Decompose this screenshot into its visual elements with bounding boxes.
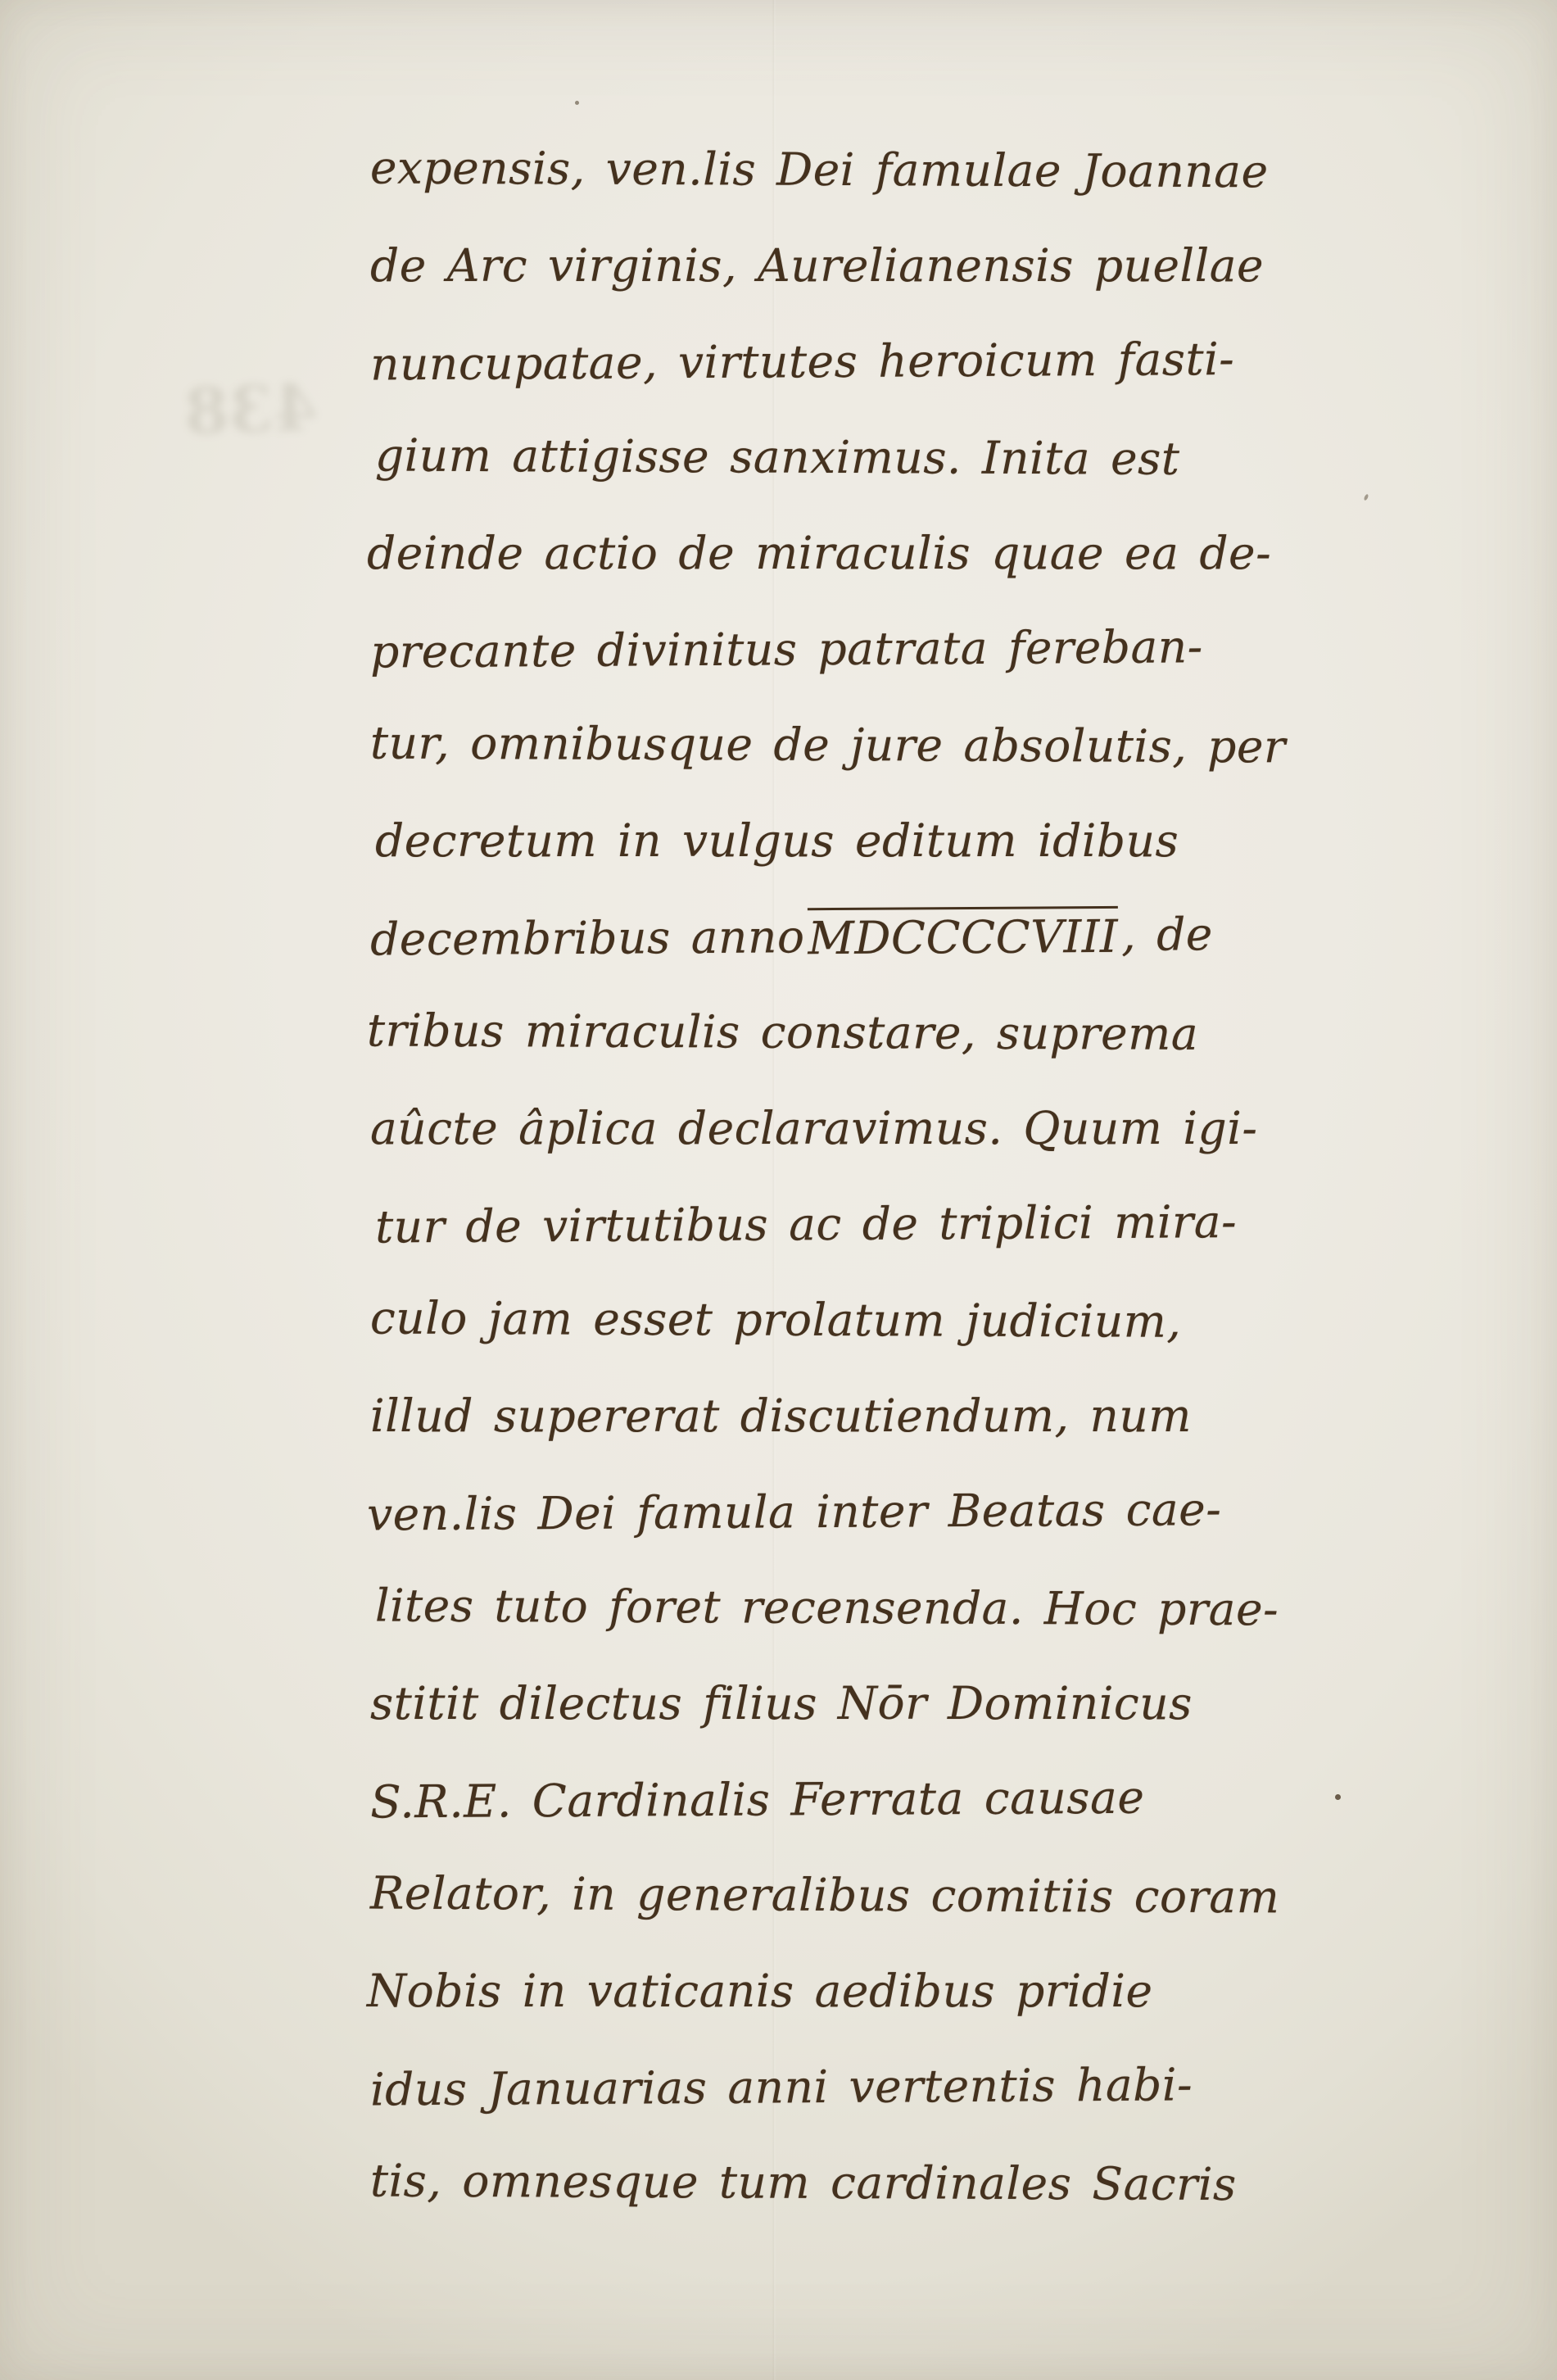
manuscript-line: Relator, in generalibus comitiis coram xyxy=(370,1835,1304,1935)
line-text: Nobis in vaticanis aedibus pridie xyxy=(367,1965,1153,2029)
manuscript-line: de Arc virginis, Aurelianensis puellae xyxy=(370,207,1304,303)
manuscript-line: aûcte âplica declaravimus. Quum igi- xyxy=(370,1070,1304,1166)
manuscript-line: precante divinitus patrata fereban- xyxy=(370,588,1305,690)
line-text: precante divinitus patrata fereban- xyxy=(370,620,1203,689)
line-text: tis, omnesque tum cardinales Sacris xyxy=(370,2155,1237,2223)
bleedthrough-page-number: 438 xyxy=(183,370,319,450)
manuscript-line: illud supererat discutiendum, num xyxy=(370,1358,1304,1453)
line-text: S.R.E. Cardinalis Ferrata causae xyxy=(370,1771,1145,1840)
manuscript-text: expensis, ven.lis Dei famulae Joannaede … xyxy=(370,111,1304,2220)
line-text: ven.lis Dei famula inter Beatas cae- xyxy=(367,1483,1222,1552)
line-text: tribus miraculis constare, suprema xyxy=(367,1004,1199,1072)
manuscript-photo: 438 expensis, ven.lis Dei famulae Joanna… xyxy=(0,0,1557,2380)
line-text: aûcte âplica declaravimus. Quum igi- xyxy=(370,1102,1257,1166)
manuscript-line: culo jam esset prolatum judicium, xyxy=(370,1260,1304,1360)
manuscript-line: decretum in vulgus editum idibus xyxy=(375,782,1304,878)
manuscript-line: decembribus anno MDCCCCVIII, de xyxy=(370,876,1305,977)
line-text: stitit dilectus filius Nōr Dominicus xyxy=(370,1677,1193,1741)
line-text: de Arc virginis, Aurelianensis puellae xyxy=(370,239,1264,303)
manuscript-line: deinde actio de miraculis quae ea de- xyxy=(367,495,1304,591)
line-text: gium attigisse sanximus. Inita est xyxy=(375,429,1180,496)
line-text: decembribus anno xyxy=(370,910,805,977)
manuscript-line: ven.lis Dei famula inter Beatas cae- xyxy=(367,1451,1305,1553)
manuscript-line: tur de virtutibus ac de triplici mira- xyxy=(375,1163,1305,1265)
manuscript-line: stitit dilectus filius Nōr Dominicus xyxy=(370,1645,1304,1741)
ink-speck xyxy=(575,101,579,105)
manuscript-line: lites tuto foret recensenda. Hoc prae- xyxy=(375,1548,1304,1648)
manuscript-line: tur, omnibusque de jure absolutis, per xyxy=(370,685,1304,785)
line-text: Relator, in generalibus comitiis coram xyxy=(370,1867,1280,1935)
roman-numeral-year: MDCCCCVIII xyxy=(808,906,1118,974)
manuscript-line: Nobis in vaticanis aedibus pridie xyxy=(367,1933,1304,2029)
ink-speck xyxy=(1335,1794,1341,1800)
manuscript-line: gium attigisse sanximus. Inita est xyxy=(375,397,1304,497)
manuscript-line: tis, omnesque tum cardinales Sacris xyxy=(370,2123,1304,2223)
line-text: , de xyxy=(1121,908,1213,972)
manuscript-line: idus Januarias anni vertentis habi- xyxy=(370,2026,1305,2128)
line-text: lites tuto foret recensenda. Hoc prae- xyxy=(375,1580,1279,1648)
manuscript-line: S.R.E. Cardinalis Ferrata causae xyxy=(370,1739,1305,1840)
line-text: expensis, ven.lis Dei famulae Joannae xyxy=(370,142,1269,210)
line-text: deinde actio de miraculis quae ea de- xyxy=(367,527,1271,591)
manuscript-line: tribus miraculis constare, suprema xyxy=(367,972,1304,1072)
line-text: illud supererat discutiendum, num xyxy=(370,1389,1192,1453)
line-text: tur, omnibusque de jure absolutis, per xyxy=(370,717,1286,785)
manuscript-line: expensis, ven.lis Dei famulae Joannae xyxy=(370,110,1304,210)
line-text: idus Januarias anni vertentis habi- xyxy=(370,2058,1193,2127)
line-text: culo jam esset prolatum judicium, xyxy=(370,1292,1182,1359)
line-text: tur de virtutibus ac de triplici mira- xyxy=(375,1195,1237,1264)
line-text: decretum in vulgus editum idibus xyxy=(375,814,1179,878)
manuscript-line: nuncupatae, virtutes heroicum fasti- xyxy=(370,301,1305,402)
line-text: nuncupatae, virtutes heroicum fasti- xyxy=(370,333,1235,401)
